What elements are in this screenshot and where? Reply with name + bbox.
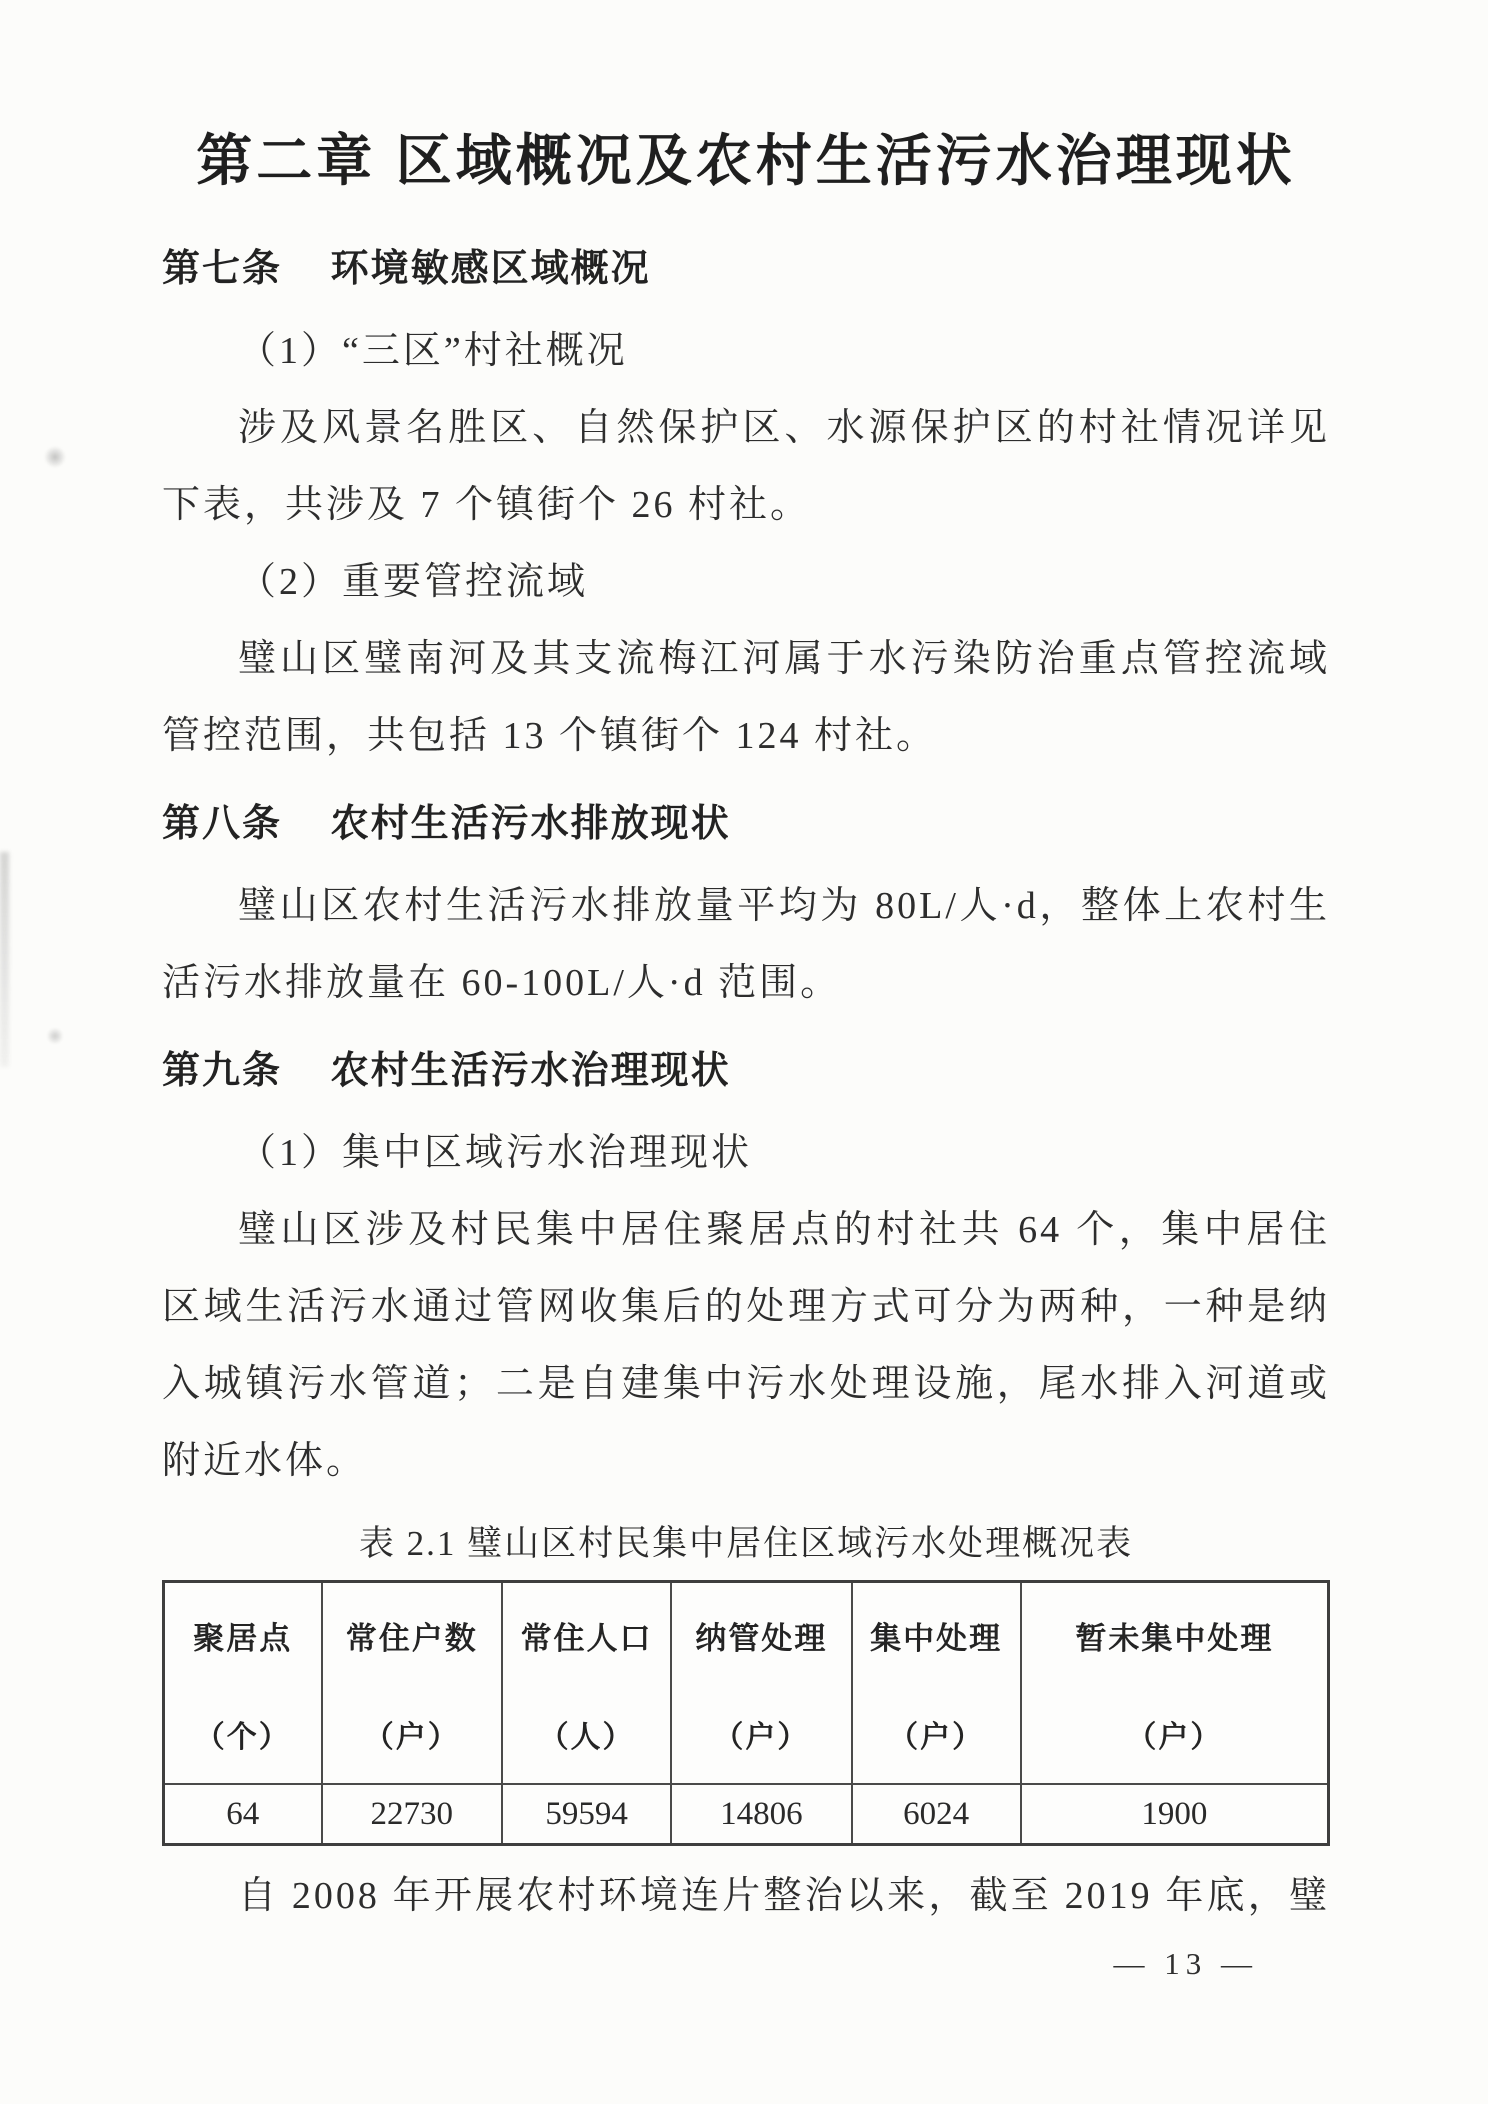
cell-centralized-treated-value: 6024 [852, 1784, 1021, 1845]
article7-paragraph2: 璧山区璧南河及其支流梅江河属于水污染防治重点管控流域管控范围，共包括 13 个镇… [162, 621, 1330, 775]
scan-artifact [0, 852, 9, 1067]
article9-item1: （1）集中区域污水治理现状 [162, 1115, 1330, 1192]
column-name: 常住户数 [323, 1613, 502, 1658]
article9-heading: 第九条 农村生活污水治理现状 [162, 1044, 1330, 1099]
column-name: 聚居点 [165, 1613, 321, 1658]
column-unit: （个） [165, 1712, 321, 1756]
article9-number: 第九条 [162, 1050, 282, 1092]
sewage-treatment-table: 聚居点 （个） 常住户数 （户） 常住人口 （人） 纳管处理 （户） 集中处理 [162, 1580, 1330, 1846]
article7-item1: （1）“三区”村社概况 [162, 313, 1330, 390]
scan-artifact [46, 1028, 64, 1044]
column-name: 集中处理 [853, 1613, 1020, 1658]
table-caption: 表 2.1 璧山区村民集中居住区域污水处理概况表 [162, 1516, 1330, 1566]
article8-paragraph1: 璧山区农村生活污水排放量平均为 80L/人·d，整体上农村生活污水排放量在 60… [162, 868, 1330, 1022]
column-unit: （户） [323, 1712, 502, 1756]
column-unit: （户） [672, 1712, 851, 1756]
header-cell-pipe-network-treated: 纳管处理 （户） [671, 1582, 852, 1785]
header-cell-not-yet-centralized: 暂未集中处理 （户） [1021, 1582, 1329, 1785]
article7-title: 环境敏感区域概况 [331, 248, 651, 290]
table-header: 聚居点 （个） 常住户数 （户） 常住人口 （人） 纳管处理 （户） 集中处理 [164, 1582, 1329, 1785]
document-page: 第二章 区域概况及农村生活污水治理现状 第七条 环境敏感区域概况 （1）“三区”… [0, 0, 1488, 2104]
chapter-title: 第二章 区域概况及农村生活污水治理现状 [162, 126, 1330, 196]
article9-title: 农村生活污水治理现状 [331, 1050, 731, 1092]
cell-resident-households-value: 22730 [322, 1784, 503, 1845]
cell-settlements-value: 64 [164, 1784, 322, 1845]
cell-not-yet-centralized-value: 1900 [1021, 1784, 1329, 1845]
article7-item2: （2）重要管控流域 [162, 544, 1330, 621]
table-row: 64 22730 59594 14806 6024 1900 [164, 1784, 1329, 1845]
closing-paragraph: 自 2008 年开展农村环境连片整治以来，截至 2019 年底，璧 [162, 1858, 1330, 1935]
header-cell-centralized-treated: 集中处理 （户） [852, 1582, 1021, 1785]
column-name: 暂未集中处理 [1022, 1613, 1327, 1658]
cell-pipe-network-treated-value: 14806 [671, 1784, 852, 1845]
article8-number: 第八条 [162, 803, 282, 845]
column-unit: （户） [853, 1712, 1020, 1756]
article8-title: 农村生活污水排放现状 [331, 803, 731, 845]
article7-heading: 第七条 环境敏感区域概况 [162, 242, 1330, 297]
header-cell-resident-households: 常住户数 （户） [322, 1582, 503, 1785]
article7-paragraph1: 涉及风景名胜区、自然保护区、水源保护区的村社情况详见下表，共涉及 7 个镇街个 … [162, 390, 1330, 544]
scan-artifact [44, 446, 66, 468]
column-name: 纳管处理 [672, 1613, 851, 1658]
article8-heading: 第八条 农村生活污水排放现状 [162, 797, 1330, 852]
header-cell-resident-population: 常住人口 （人） [502, 1582, 671, 1785]
column-unit: （户） [1022, 1712, 1327, 1756]
table-header-row: 聚居点 （个） 常住户数 （户） 常住人口 （人） 纳管处理 （户） 集中处理 [164, 1582, 1329, 1785]
header-cell-settlements: 聚居点 （个） [164, 1582, 322, 1785]
column-name: 常住人口 [503, 1613, 670, 1658]
table-body: 64 22730 59594 14806 6024 1900 [164, 1784, 1329, 1845]
cell-resident-population-value: 59594 [502, 1784, 671, 1845]
page-number: — 13 — [1114, 1946, 1259, 1982]
article9-paragraph1: 璧山区涉及村民集中居住聚居点的村社共 64 个，集中居住区域生活污水通过管网收集… [162, 1192, 1330, 1500]
column-unit: （人） [503, 1712, 670, 1756]
article7-number: 第七条 [162, 248, 282, 290]
